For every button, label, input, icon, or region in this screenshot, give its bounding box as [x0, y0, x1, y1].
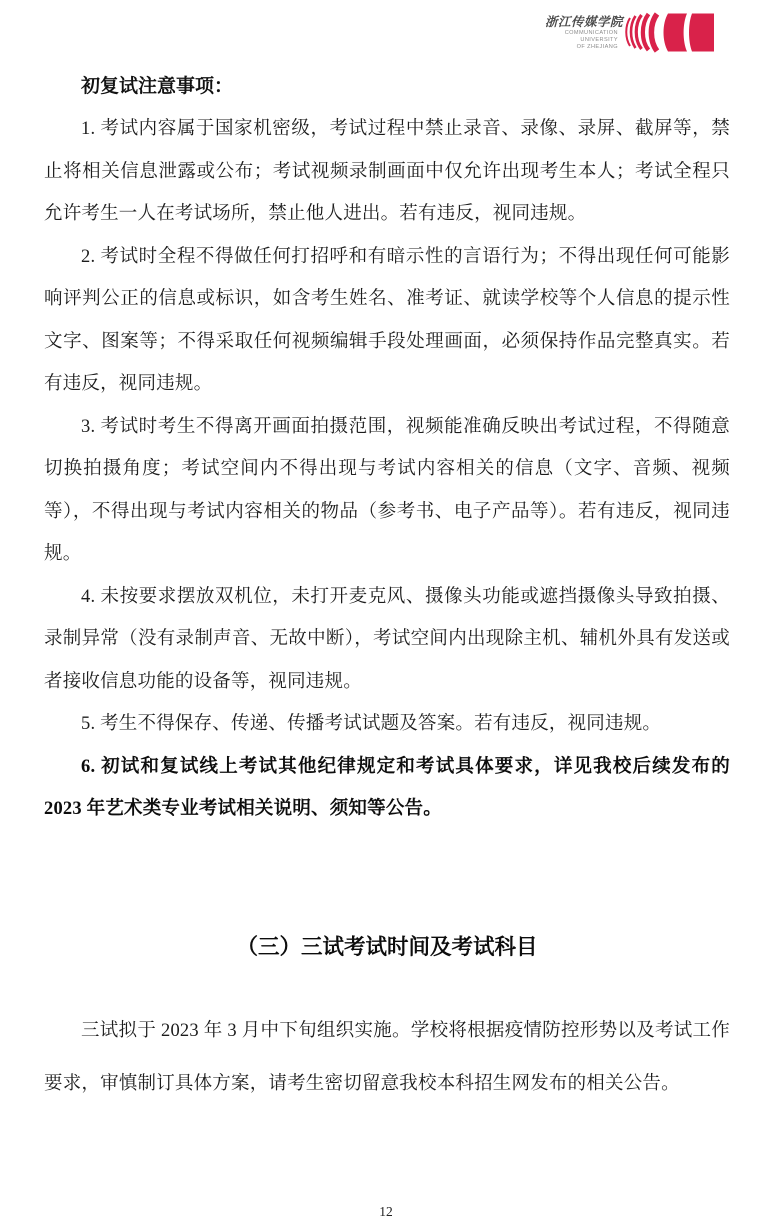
document-body: 初复试注意事项： 1. 考试内容属于国家机密级，考试过程中禁止录音、录像、录屏、…	[44, 66, 730, 1111]
section-paragraph: 三试拟于 2023 年 3 月中下旬组织实施。学校将根据疫情防控形势以及考试工作…	[44, 1005, 730, 1111]
document-page: 浙江传媒学院 COMMUNICATION UNIVERSITY OF ZHEJI…	[0, 0, 772, 1231]
page-number: 12	[379, 1204, 393, 1219]
rule-item-4: 4. 未按要求摆放双机位，未打开麦克风、摄像头功能或遮挡摄像头导致拍摄、录制异常…	[44, 576, 730, 704]
rule-item-6: 6. 初试和复试线上考试其他纪律规定和考试具体要求，详见我校后续发布的 2023…	[44, 746, 730, 831]
page-footer: 12	[0, 1203, 772, 1221]
rule-item-1: 1. 考试内容属于国家机密级，考试过程中禁止录音、录像、录屏、截屏等，禁止将相关…	[44, 108, 730, 236]
rule-item-3: 3. 考试时考生不得离开画面拍摄范围，视频能准确反映出考试过程，不得随意切换拍摄…	[44, 406, 730, 576]
section-heading: （三）三试考试时间及考试科目	[44, 931, 730, 963]
rule-item-2: 2. 考试时全程不得做任何打招呼和有暗示性的言语行为；不得出现任何可能影响评判公…	[44, 236, 730, 406]
university-logo: 浙江传媒学院 COMMUNICATION UNIVERSITY OF ZHEJI…	[544, 10, 716, 54]
notes-heading: 初复试注意事项：	[81, 66, 730, 108]
logo-en-line2: UNIVERSITY	[580, 37, 618, 43]
rule-item-5: 5. 考生不得保存、传递、传播考试试题及答案。若有违反，视同违规。	[44, 703, 730, 746]
logo-en-line1: COMMUNICATION	[565, 30, 618, 36]
page-header: 浙江传媒学院 COMMUNICATION UNIVERSITY OF ZHEJI…	[544, 10, 716, 54]
logo-mark-icon	[626, 14, 714, 52]
logo-cn-name: 浙江传媒学院	[545, 15, 625, 29]
logo-en-line3: OF ZHEJIANG	[577, 44, 618, 50]
